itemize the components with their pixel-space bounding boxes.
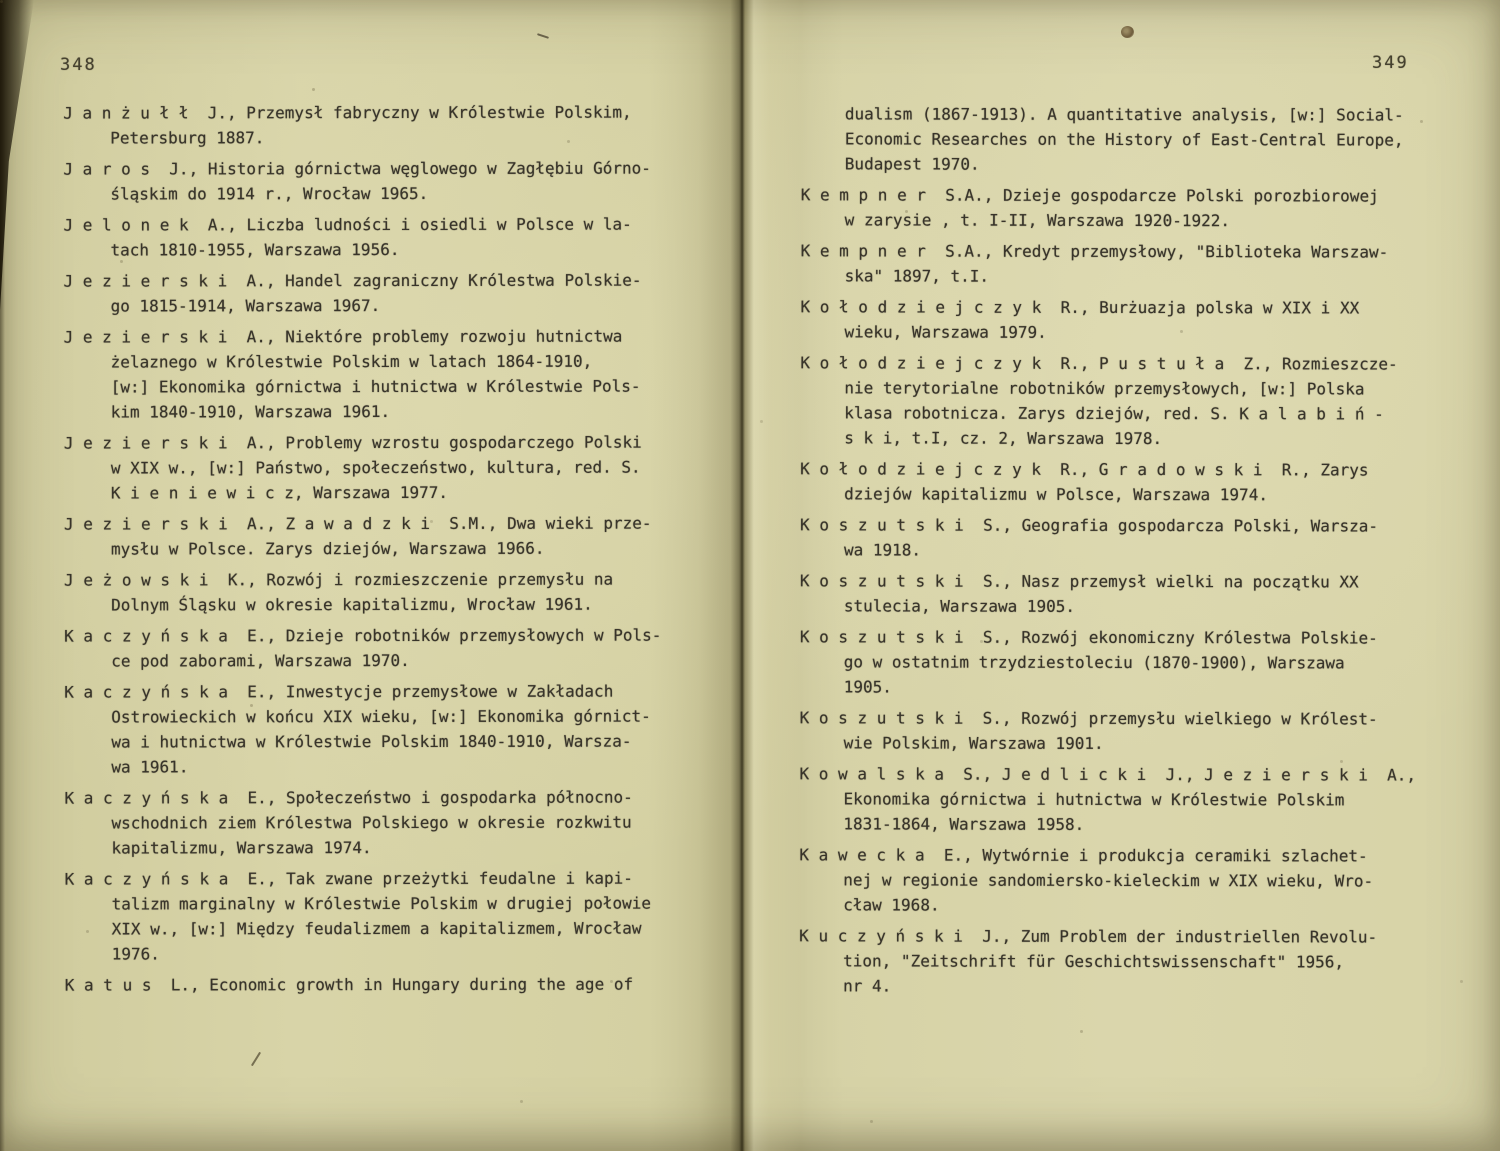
bib-entry-line: nie terytorialne robotników przemysłowyc… [800,375,1480,401]
bib-entry: K e m p n e r S.A., Dzieje gospodarcze P… [801,182,1481,233]
bib-entry: K o s z u t s k i S., Geografia gospodar… [800,512,1480,563]
bib-entry-line: K o ł o d z i e j c z y k R., Burżuazja … [800,294,1480,320]
bib-entry-line: cław 1968. [799,892,1479,918]
bib-entry: K o s z u t s k i S., Rozwój przemysłu w… [800,705,1480,756]
bib-entry: J a n ż u ł ł J., Przemysł fabryczny w K… [63,99,743,150]
bib-entry-line: s k i, t.I, cz. 2, Warszawa 1978. [800,425,1480,451]
bib-entry-continuation: dualism (1867-1913). A quantitative anal… [801,101,1481,177]
bib-entry-line: K o s z u t s k i S., Nasz przemysł wiel… [800,568,1480,594]
bib-entry-line: J a r o s J., Historia górnictwa węglowe… [63,155,743,181]
bib-entry-line: K a c z y ń s k a E., Dzieje robotników … [64,622,744,648]
bib-entry-line: wa 1918. [800,537,1480,563]
bib-entry-line: J e z i e r s k i A., Handel zagraniczny… [64,267,744,293]
bib-entry-line: K u c z y ń s k i J., Zum Problem der in… [799,923,1479,949]
bib-entry-line: K o w a l s k a S., J e d l i c k i J., … [800,761,1480,787]
pen-slash-mark [251,1052,261,1067]
page-number-left: 348 [60,55,97,75]
bib-entry-line: 1831-1864, Warszawa 1958. [799,811,1479,837]
bib-entry: K o s z u t s k i S., Nasz przemysł wiel… [800,568,1480,619]
bib-entry-line: Ostrowieckich w końcu XIX wieku, [w:] Ek… [64,703,744,729]
bib-entry: K a w e c k a E., Wytwórnie i produkcja … [799,842,1479,918]
pencil-mark [537,33,549,39]
bib-entry: K a c z y ń s k a E., Tak zwane przeżytk… [65,865,745,966]
ink-spot [1121,26,1134,38]
bib-entry-line: Ekonomika górnictwa i hutnictwa w Króles… [799,786,1479,812]
bib-entry: J e z i e r s k i A., Handel zagraniczny… [64,267,744,318]
bib-entry-line: K a c z y ń s k a E., Społeczeństwo i go… [64,784,744,810]
bib-entry-line: wa i hutnictwa w Królestwie Polskim 1840… [64,728,744,754]
bibliography-page-left: J a n ż u ł ł J., Przemysł fabryczny w K… [63,99,745,1003]
bib-entry-line: J e l o n e k A., Liczba ludności i osie… [63,211,743,237]
bib-entry-line: 1905. [800,674,1480,700]
bib-entry-line: wie Polskim, Warszawa 1901. [800,730,1480,756]
bib-entry: K o w a l s k a S., J e d l i c k i J., … [799,761,1479,837]
bib-entry-line: J e z i e r s k i A., Z a w a d z k i S.… [64,510,744,536]
bib-entry: J a r o s J., Historia górnictwa węglowe… [63,155,743,206]
bib-entry-line: mysłu w Polsce. Zarys dziejów, Warszawa … [64,535,744,561]
bib-entry-line: K o s z u t s k i S., Rozwój przemysłu w… [800,705,1480,731]
bib-entry-line: K i e n i e w i c z, Warszawa 1977. [64,479,744,505]
bib-entry-line: K e m p n e r S.A., Kredyt przemysłowy, … [801,238,1481,264]
bib-entry-line: J e z i e r s k i A., Niektóre problemy … [64,323,744,349]
bib-entry-line: żelaznego w Królestwie Polskim w latach … [64,348,744,374]
bib-entry-line: nej w regionie sandomiersko-kieleckim w … [799,867,1479,893]
bib-entry-line: klasa robotnicza. Zarys dziejów, red. S.… [800,400,1480,426]
bib-entry-line: J e z i e r s k i A., Problemy wzrostu g… [64,429,744,455]
bib-entry-line: śląskim do 1914 r., Wrocław 1965. [63,180,743,206]
bib-entry-line: K o ł o d z i e j c z y k R., G r a d o … [800,456,1480,482]
bib-entry-line: go 1815-1914, Warszawa 1967. [64,292,744,318]
bib-entry: K a c z y ń s k a E., Inwestycje przemys… [64,678,744,779]
bib-entry-line: Petersburg 1887. [63,124,743,150]
bib-entry: K o s z u t s k i S., Rozwój ekonomiczny… [800,624,1480,700]
bib-entry-line: wa 1961. [64,753,744,779]
bib-entry-line: K a t u s L., Economic growth in Hungary… [65,971,745,997]
bib-entry-line: Dolnym Śląsku w okresie kapitalizmu, Wro… [64,591,744,617]
bib-entry-line: J e ż o w s k i K., Rozwój i rozmieszcze… [64,566,744,592]
bib-entry-line: w XIX w., [w:] Państwo, społeczeństwo, k… [64,454,744,480]
bib-entry-line: J a n ż u ł ł J., Przemysł fabryczny w K… [63,99,743,125]
bib-entry: K o ł o d z i e j c z y k R., Burżuazja … [800,294,1480,345]
page-number-right: 349 [1372,53,1409,73]
bib-entry-line: K o s z u t s k i S., Geografia gospodar… [800,512,1480,538]
bib-entry-line: talizm marginalny w Królestwie Polskim w… [65,890,745,916]
bib-entry-line: tion, "Zeitschrift für Geschichtswissens… [799,948,1479,974]
bib-entry: J e z i e r s k i A., Problemy wzrostu g… [64,429,744,505]
bib-entry-line: K a c z y ń s k a E., Inwestycje przemys… [64,678,744,704]
paper-specks [0,0,3,3]
bib-entry-line: Budapest 1970. [801,151,1481,177]
bib-entry-line: K o s z u t s k i S., Rozwój ekonomiczny… [800,624,1480,650]
bib-entry-line: K e m p n e r S.A., Dzieje gospodarcze P… [801,182,1481,208]
bib-entry: K a t u s L., Economic growth in Hungary… [65,971,745,997]
bib-entry: K o ł o d z i e j c z y k R., G r a d o … [800,456,1480,507]
bib-entry-line: [w:] Ekonomika górnictwa i hutnictwa w K… [64,373,744,399]
bib-entry: J e z i e r s k i A., Z a w a d z k i S.… [64,510,744,561]
bib-entry-line: kapitalizmu, Warszawa 1974. [64,834,744,860]
bibliography-page-right: dualism (1867-1913). A quantitative anal… [799,101,1481,1005]
bib-entry-line: Economic Researches on the History of Ea… [801,126,1481,152]
bib-entry-line: wschodnich ziem Królestwa Polskiego w ok… [64,809,744,835]
book-scan: 348 349 J a n ż u ł ł J., Przemysł fabry… [0,0,1500,1151]
bib-entry: K u c z y ń s k i J., Zum Problem der in… [799,923,1479,999]
bib-entry-line: 1976. [65,940,745,966]
bib-entry: K a c z y ń s k a E., Dzieje robotników … [64,622,744,673]
bib-entry-line: XIX w., [w:] Między feudalizmem a kapita… [65,915,745,941]
bib-entry-line: dualism (1867-1913). A quantitative anal… [801,101,1481,127]
bib-entry-line: K o ł o d z i e j c z y k R., P u s t u … [800,350,1480,376]
bib-entry-line: K a c z y ń s k a E., Tak zwane przeżytk… [65,865,745,891]
bib-entry: J e l o n e k A., Liczba ludności i osie… [63,211,743,262]
scan-left-edge-shadow [0,0,5,1151]
bib-entry-line: tach 1810-1955, Warszawa 1956. [63,236,743,262]
bib-entry: K o ł o d z i e j c z y k R., P u s t u … [800,350,1480,451]
bib-entry-line: wieku, Warszawa 1979. [800,319,1480,345]
bib-entry-line: nr 4. [799,973,1479,999]
bib-entry-line: K a w e c k a E., Wytwórnie i produkcja … [799,842,1479,868]
bib-entry: K e m p n e r S.A., Kredyt przemysłowy, … [801,238,1481,289]
bib-entry: J e z i e r s k i A., Niektóre problemy … [64,323,744,424]
bib-entry-line: ce pod zaborami, Warszawa 1970. [64,647,744,673]
bib-entry-line: ska" 1897, t.I. [801,263,1481,289]
bib-entry-line: w zarysie , t. I-II, Warszawa 1920-1922. [801,207,1481,233]
bib-entry: J e ż o w s k i K., Rozwój i rozmieszcze… [64,566,744,617]
bib-entry-line: go w ostatnim trzydziestoleciu (1870-190… [800,649,1480,675]
bib-entry: K a c z y ń s k a E., Społeczeństwo i go… [64,784,744,860]
bib-entry-line: stulecia, Warszawa 1905. [800,593,1480,619]
bib-entry-line: kim 1840-1910, Warszawa 1961. [64,398,744,424]
bib-entry-line: dziejów kapitalizmu w Polsce, Warszawa 1… [800,481,1480,507]
scan-corner-shadow [0,0,34,310]
